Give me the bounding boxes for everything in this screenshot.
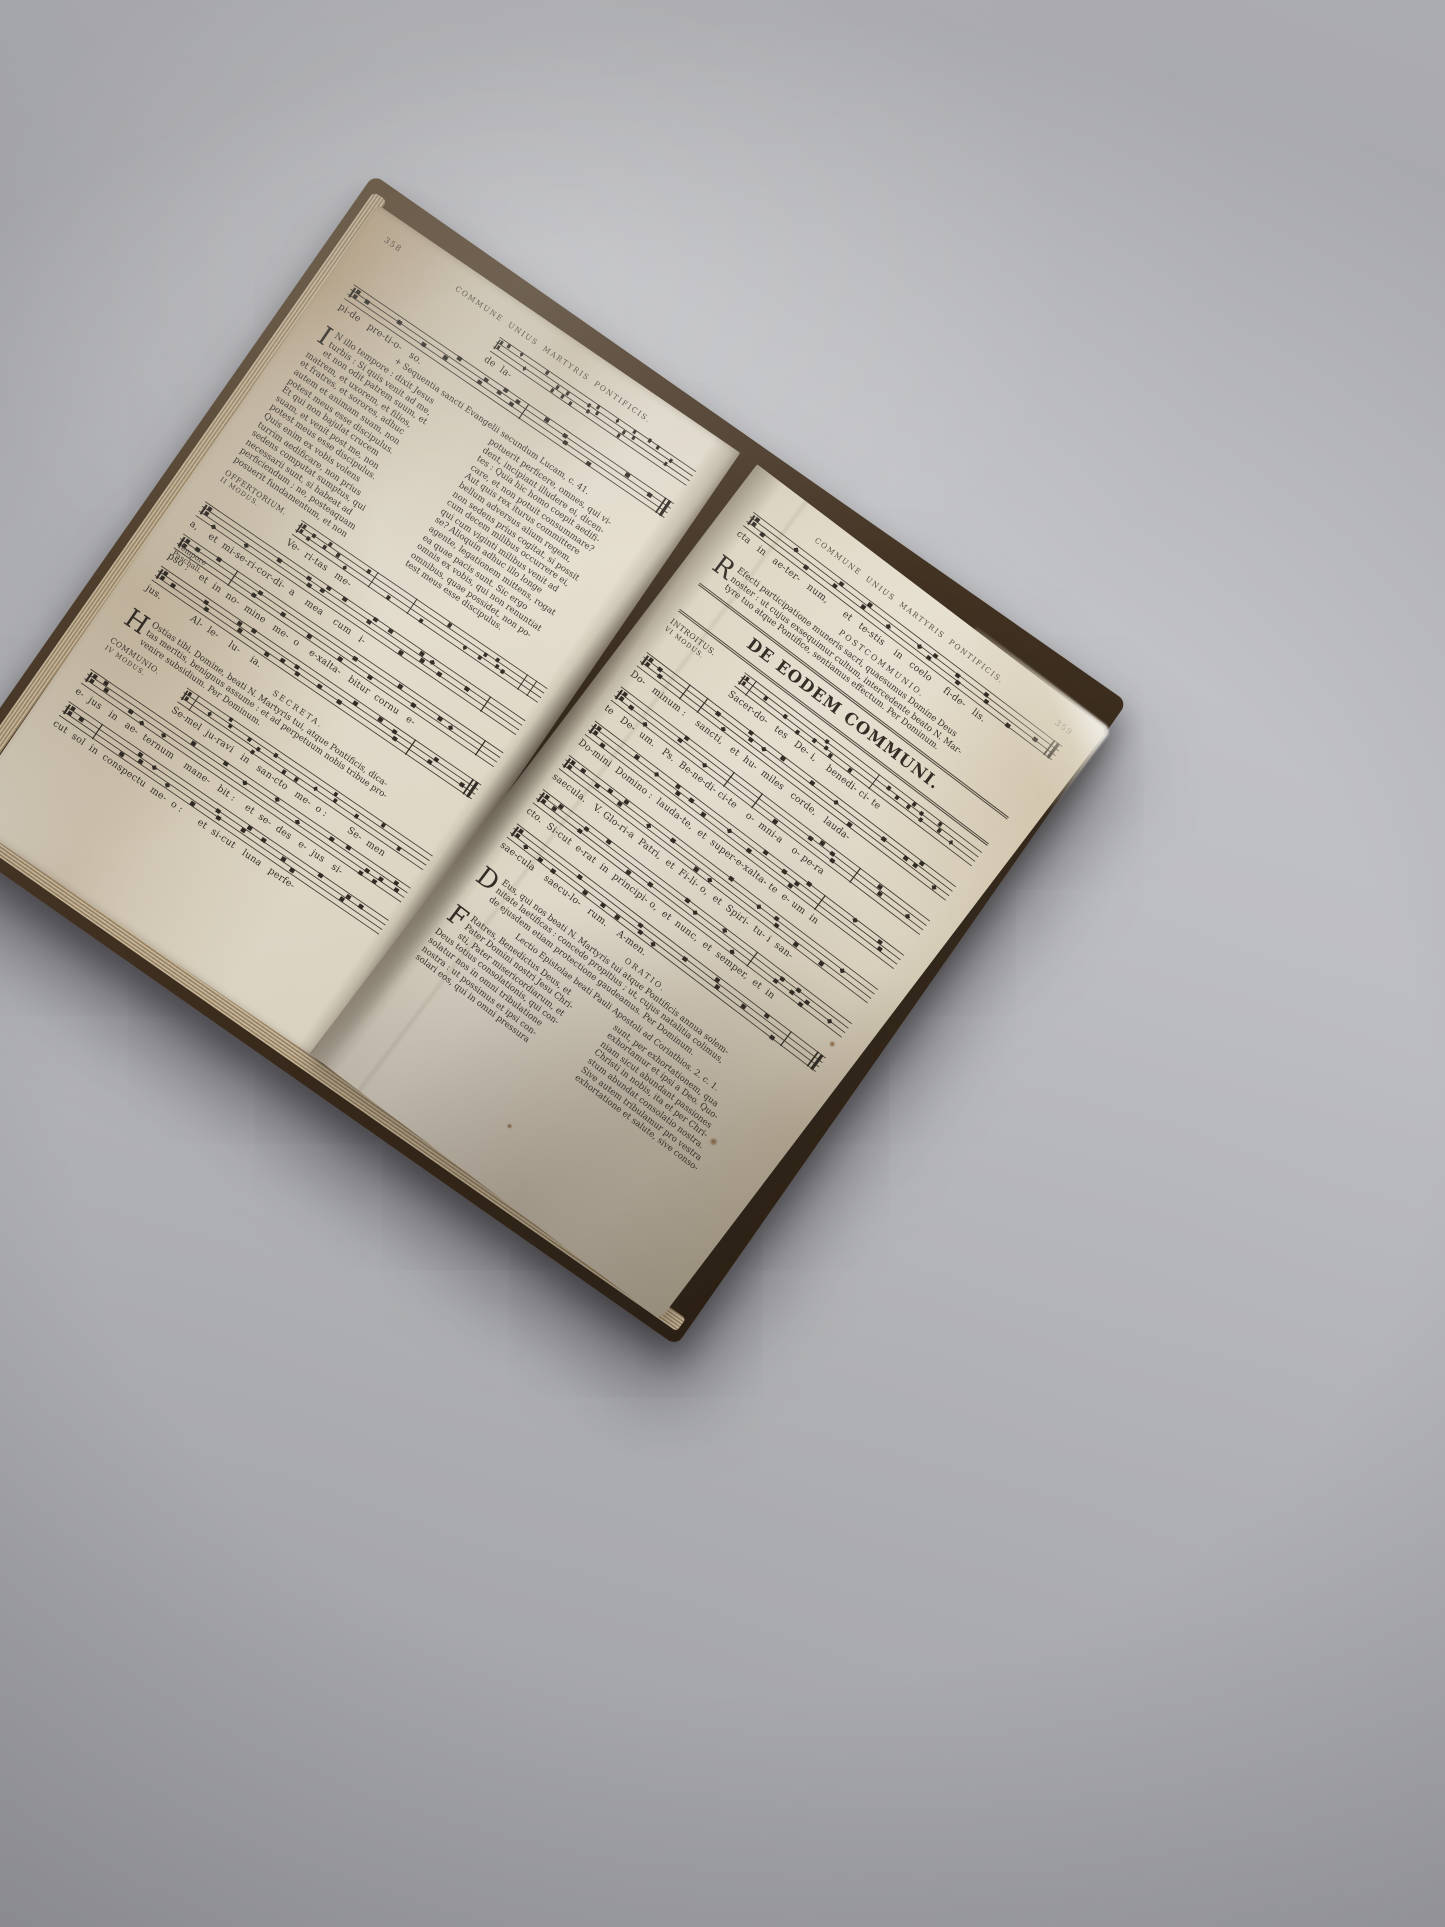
photo-scene: 358 COMMUNE UNIUS MARTYRIS PONTIFICIS. d… [0,0,1445,1927]
open-book: 358 COMMUNE UNIUS MARTYRIS PONTIFICIS. d… [0,205,1103,1316]
right-page-number: 359 [1053,718,1074,737]
